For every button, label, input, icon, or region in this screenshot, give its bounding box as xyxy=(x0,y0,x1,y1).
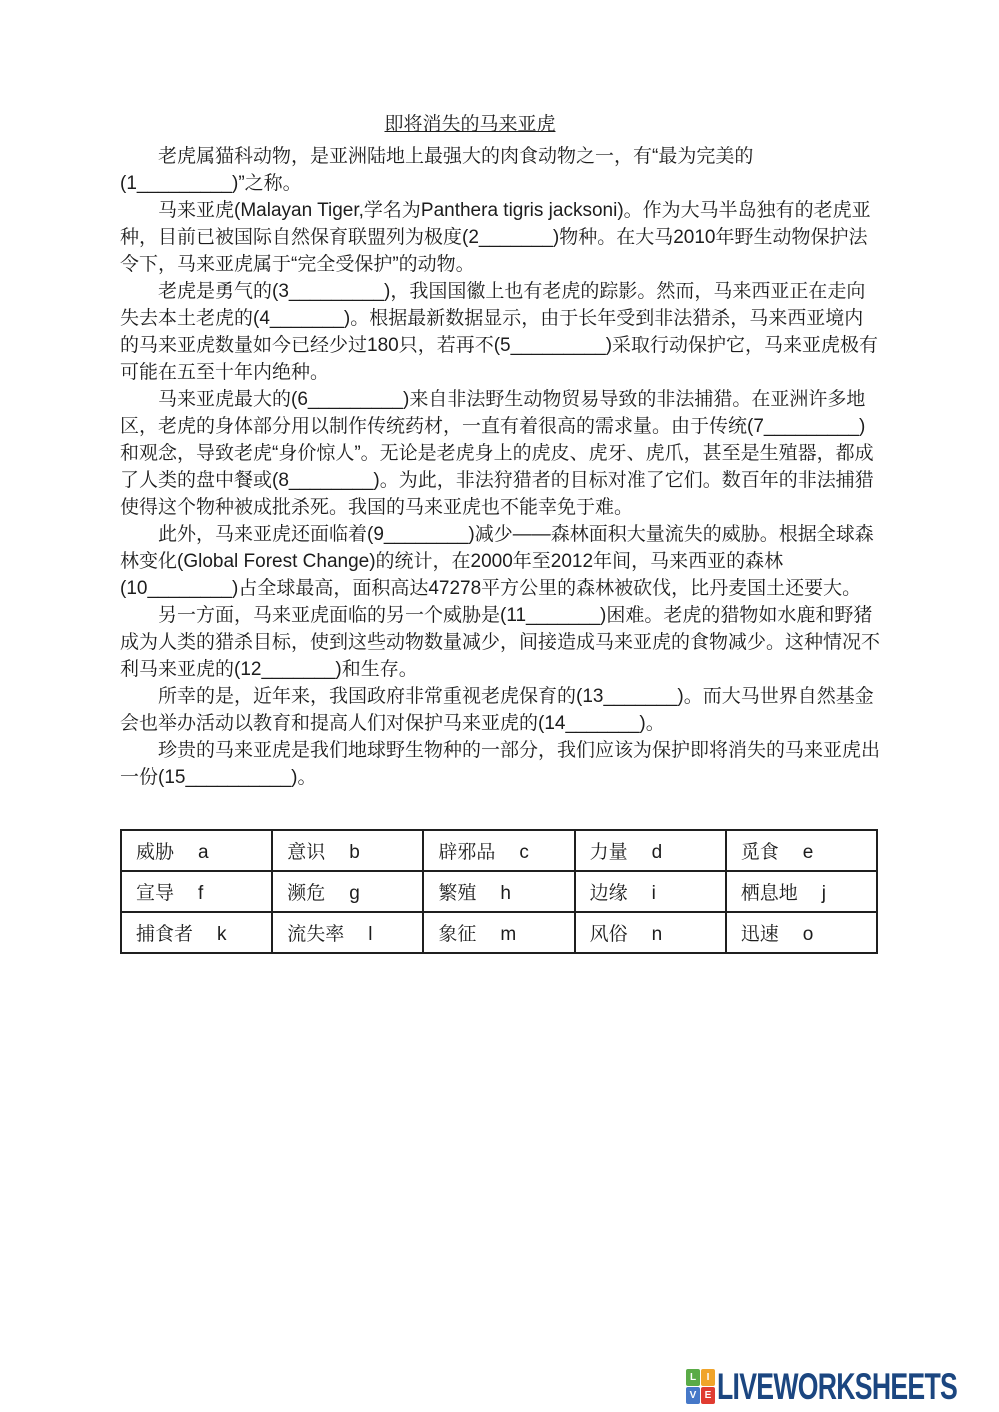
paragraph-2: 马来亚虎(Malayan Tiger,学名为Panthera tigris ja… xyxy=(120,197,880,278)
paragraph-1: 老虎属猫科动物，是亚洲陆地上最强大的肉食动物之一，有“最为完美的(1______… xyxy=(120,143,880,197)
word-bank-cell: 象征m xyxy=(423,912,574,953)
worksheet-page: 即将消失的马来亚虎 老虎属猫科动物，是亚洲陆地上最强大的肉食动物之一，有“最为完… xyxy=(0,0,999,1412)
word-bank-cell: 觅食e xyxy=(726,830,877,871)
document-body: 即将消失的马来亚虎 老虎属猫科动物，是亚洲陆地上最强大的肉食动物之一，有“最为完… xyxy=(120,112,880,954)
logo-tile-l: L xyxy=(686,1369,700,1386)
word-bank-word: 力量 xyxy=(590,842,628,863)
liveworksheets-logo[interactable]: L I V E LIVEWORKSHEETS xyxy=(686,1368,999,1405)
paragraph-8: 珍贵的马来亚虎是我们地球野生物种的一部分，我们应该为保护即将消失的马来亚虎出一份… xyxy=(120,737,880,791)
word-bank-letter: g xyxy=(349,883,360,905)
word-bank-word: 濒危 xyxy=(287,883,325,904)
word-bank-word: 迅速 xyxy=(741,924,779,945)
word-bank-cell: 流失率l xyxy=(272,912,423,953)
word-bank-letter: m xyxy=(500,924,516,946)
paragraph-3: 老虎是勇气的(3_________)，我国国徽上也有老虎的踪影。然而，马来西亚正… xyxy=(120,278,880,386)
paragraph-7: 所幸的是，近年来，我国政府非常重视老虎保育的(13_______)。而大马世界自… xyxy=(120,683,880,737)
word-bank-cell: 辟邪品c xyxy=(423,830,574,871)
word-bank-row: 捕食者k 流失率l 象征m 风俗n 迅速o xyxy=(121,912,877,953)
word-bank-row: 威胁a 意识b 辟邪品c 力量d 觅食e xyxy=(121,830,877,871)
word-bank-cell: 宣导f xyxy=(121,871,272,912)
logo-tile-i: I xyxy=(701,1369,715,1386)
word-bank-letter: o xyxy=(803,924,814,946)
word-bank-letter: b xyxy=(349,842,360,864)
liveworksheets-logo-text: LIVEWORKSHEETS xyxy=(717,1368,957,1405)
word-bank-cell: 捕食者k xyxy=(121,912,272,953)
word-bank-cell: 意识b xyxy=(272,830,423,871)
word-bank-word: 捕食者 xyxy=(136,924,193,945)
word-bank-word: 辟邪品 xyxy=(438,842,495,863)
word-bank-letter: d xyxy=(652,842,663,864)
word-bank-word: 象征 xyxy=(438,924,476,945)
word-bank-word: 风俗 xyxy=(590,924,628,945)
word-bank-letter: j xyxy=(822,883,826,905)
word-bank-cell: 威胁a xyxy=(121,830,272,871)
word-bank-word: 宣导 xyxy=(136,883,174,904)
word-bank-letter: i xyxy=(652,883,656,905)
word-bank-row: 宣导f 濒危g 繁殖h 边缘i 栖息地j xyxy=(121,871,877,912)
word-bank-cell: 濒危g xyxy=(272,871,423,912)
logo-tile-e: E xyxy=(701,1387,715,1404)
word-bank-word: 边缘 xyxy=(590,883,628,904)
word-bank-word: 栖息地 xyxy=(741,883,798,904)
word-bank-word: 威胁 xyxy=(136,842,174,863)
document-title: 即将消失的马来亚虎 xyxy=(120,112,820,137)
word-bank-letter: a xyxy=(198,842,209,864)
word-bank-letter: e xyxy=(803,842,814,864)
word-bank-letter: f xyxy=(198,883,203,905)
word-bank-cell: 力量d xyxy=(575,830,726,871)
word-bank-cell: 繁殖h xyxy=(423,871,574,912)
word-bank-letter: l xyxy=(368,924,372,946)
word-bank-table: 威胁a 意识b 辟邪品c 力量d 觅食e 宣导f 濒危g 繁殖h 边缘i 栖息地… xyxy=(120,829,878,954)
word-bank-letter: n xyxy=(652,924,663,946)
word-bank-cell: 迅速o xyxy=(726,912,877,953)
word-bank-word: 繁殖 xyxy=(438,883,476,904)
word-bank-letter: k xyxy=(217,924,227,946)
liveworksheets-logo-icon: L I V E xyxy=(686,1369,715,1404)
word-bank-letter: c xyxy=(519,842,529,864)
word-bank-cell: 边缘i xyxy=(575,871,726,912)
paragraph-4: 马来亚虎最大的(6_________)来自非法野生动物贸易导致的非法捕猎。在亚洲… xyxy=(120,386,880,521)
word-bank-cell: 风俗n xyxy=(575,912,726,953)
word-bank-word: 流失率 xyxy=(287,924,344,945)
word-bank-word: 意识 xyxy=(287,842,325,863)
paragraph-5: 此外，马来亚虎还面临着(9________)减少——森林面积大量流失的威胁。根据… xyxy=(120,521,880,602)
word-bank-word: 觅食 xyxy=(741,842,779,863)
word-bank-letter: h xyxy=(500,883,511,905)
word-bank-cell: 栖息地j xyxy=(726,871,877,912)
paragraph-6: 另一方面，马来亚虎面临的另一个威胁是(11_______)困难。老虎的猎物如水鹿… xyxy=(120,602,880,683)
logo-tile-v: V xyxy=(686,1387,700,1404)
